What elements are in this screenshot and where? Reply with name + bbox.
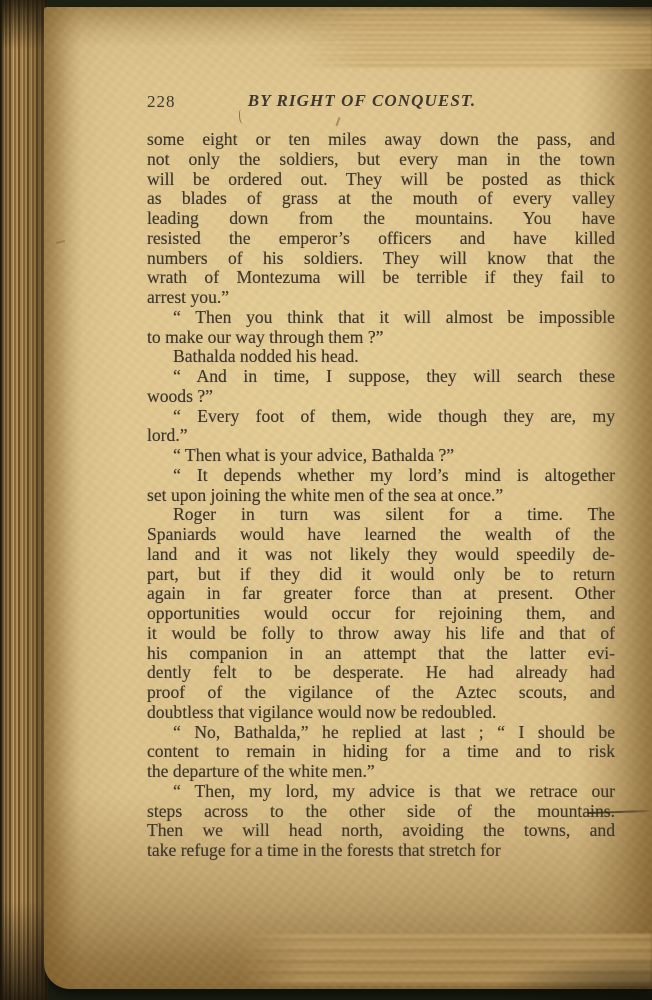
- text-line: arrest you.”: [147, 288, 615, 308]
- text-line: “ No, Bathalda,” he replied at last ; “ …: [147, 723, 615, 743]
- text-line: “ Then you think that it will almost be …: [147, 308, 615, 328]
- text-line: Roger in turn was silent for a time. The: [147, 505, 615, 525]
- text-line: “ Then, my lord, my advice is that we re…: [147, 782, 615, 802]
- text-line: woods ?”: [147, 387, 615, 407]
- text-line: numbers of his soldiers. They will know …: [147, 249, 615, 269]
- text-line: some eight or ten miles away down the pa…: [147, 130, 615, 150]
- text-line: content to remain in hiding for a time a…: [147, 742, 615, 762]
- text-line: leading down from the mountains. You hav…: [147, 209, 615, 229]
- text-line: “ It depends whether my lord’s mind is a…: [147, 466, 615, 486]
- text-line: steps across to the other side of the mo…: [147, 802, 615, 822]
- text-line: set upon joining the white men of the se…: [147, 486, 615, 506]
- text-line: will be ordered out. They will be posted…: [147, 170, 615, 190]
- text-line: “ Then what is your advice, Bathalda ?”: [147, 446, 615, 466]
- text-line: it would be folly to throw away his life…: [147, 624, 615, 644]
- shadow-corner-top-right: [502, 0, 652, 30]
- text-line: take refuge for a time in the forests th…: [147, 841, 615, 861]
- text-line: part, but if they did it would only be t…: [147, 565, 615, 585]
- text-line: Spaniards would have learned the wealth …: [147, 525, 615, 545]
- text-line: Bathalda nodded his head.: [147, 347, 615, 367]
- text-line: “ And in time, I suppose, they will sear…: [147, 367, 615, 387]
- text-line: dently felt to be desperate. He had alre…: [147, 663, 615, 683]
- page-number: 228: [147, 92, 176, 112]
- text-line: opportunities would occur for rejoining …: [147, 604, 615, 624]
- text-line: the departure of the white men.”: [147, 762, 615, 782]
- text-line: wrath of Montezuma will be terrible if t…: [147, 268, 615, 288]
- text-line: land and it was not likely they would sp…: [147, 545, 615, 565]
- book-page-edges: [0, 0, 48, 1000]
- text-line: as blades of grass at the mouth of every…: [147, 189, 615, 209]
- text-line: not only the soldiers, but every man in …: [147, 150, 615, 170]
- text-line: again in far greater force than at prese…: [147, 584, 615, 604]
- text-line: Then we will head north, avoiding the to…: [147, 821, 615, 841]
- text-line: to make our way through them ?”: [147, 328, 615, 348]
- text-line: lord.”: [147, 426, 615, 446]
- text-line: his companion in an attempt that the lat…: [147, 644, 615, 664]
- running-header: BY RIGHT OF CONQUEST.: [212, 91, 512, 111]
- text-line: resisted the emperor’s officers and have…: [147, 229, 615, 249]
- shadow-corner-bottom-right: [492, 954, 652, 1000]
- text-line: proof of the vigilance of the Aztec scou…: [147, 683, 615, 703]
- book-photo: 228 BY RIGHT OF CONQUEST. some eight or …: [0, 0, 652, 1000]
- text-line: doubtless that vigilance would now be re…: [147, 703, 615, 723]
- text-line: “ Every foot of them, wide though they a…: [147, 407, 615, 427]
- page-text: some eight or ten miles away down the pa…: [147, 130, 615, 861]
